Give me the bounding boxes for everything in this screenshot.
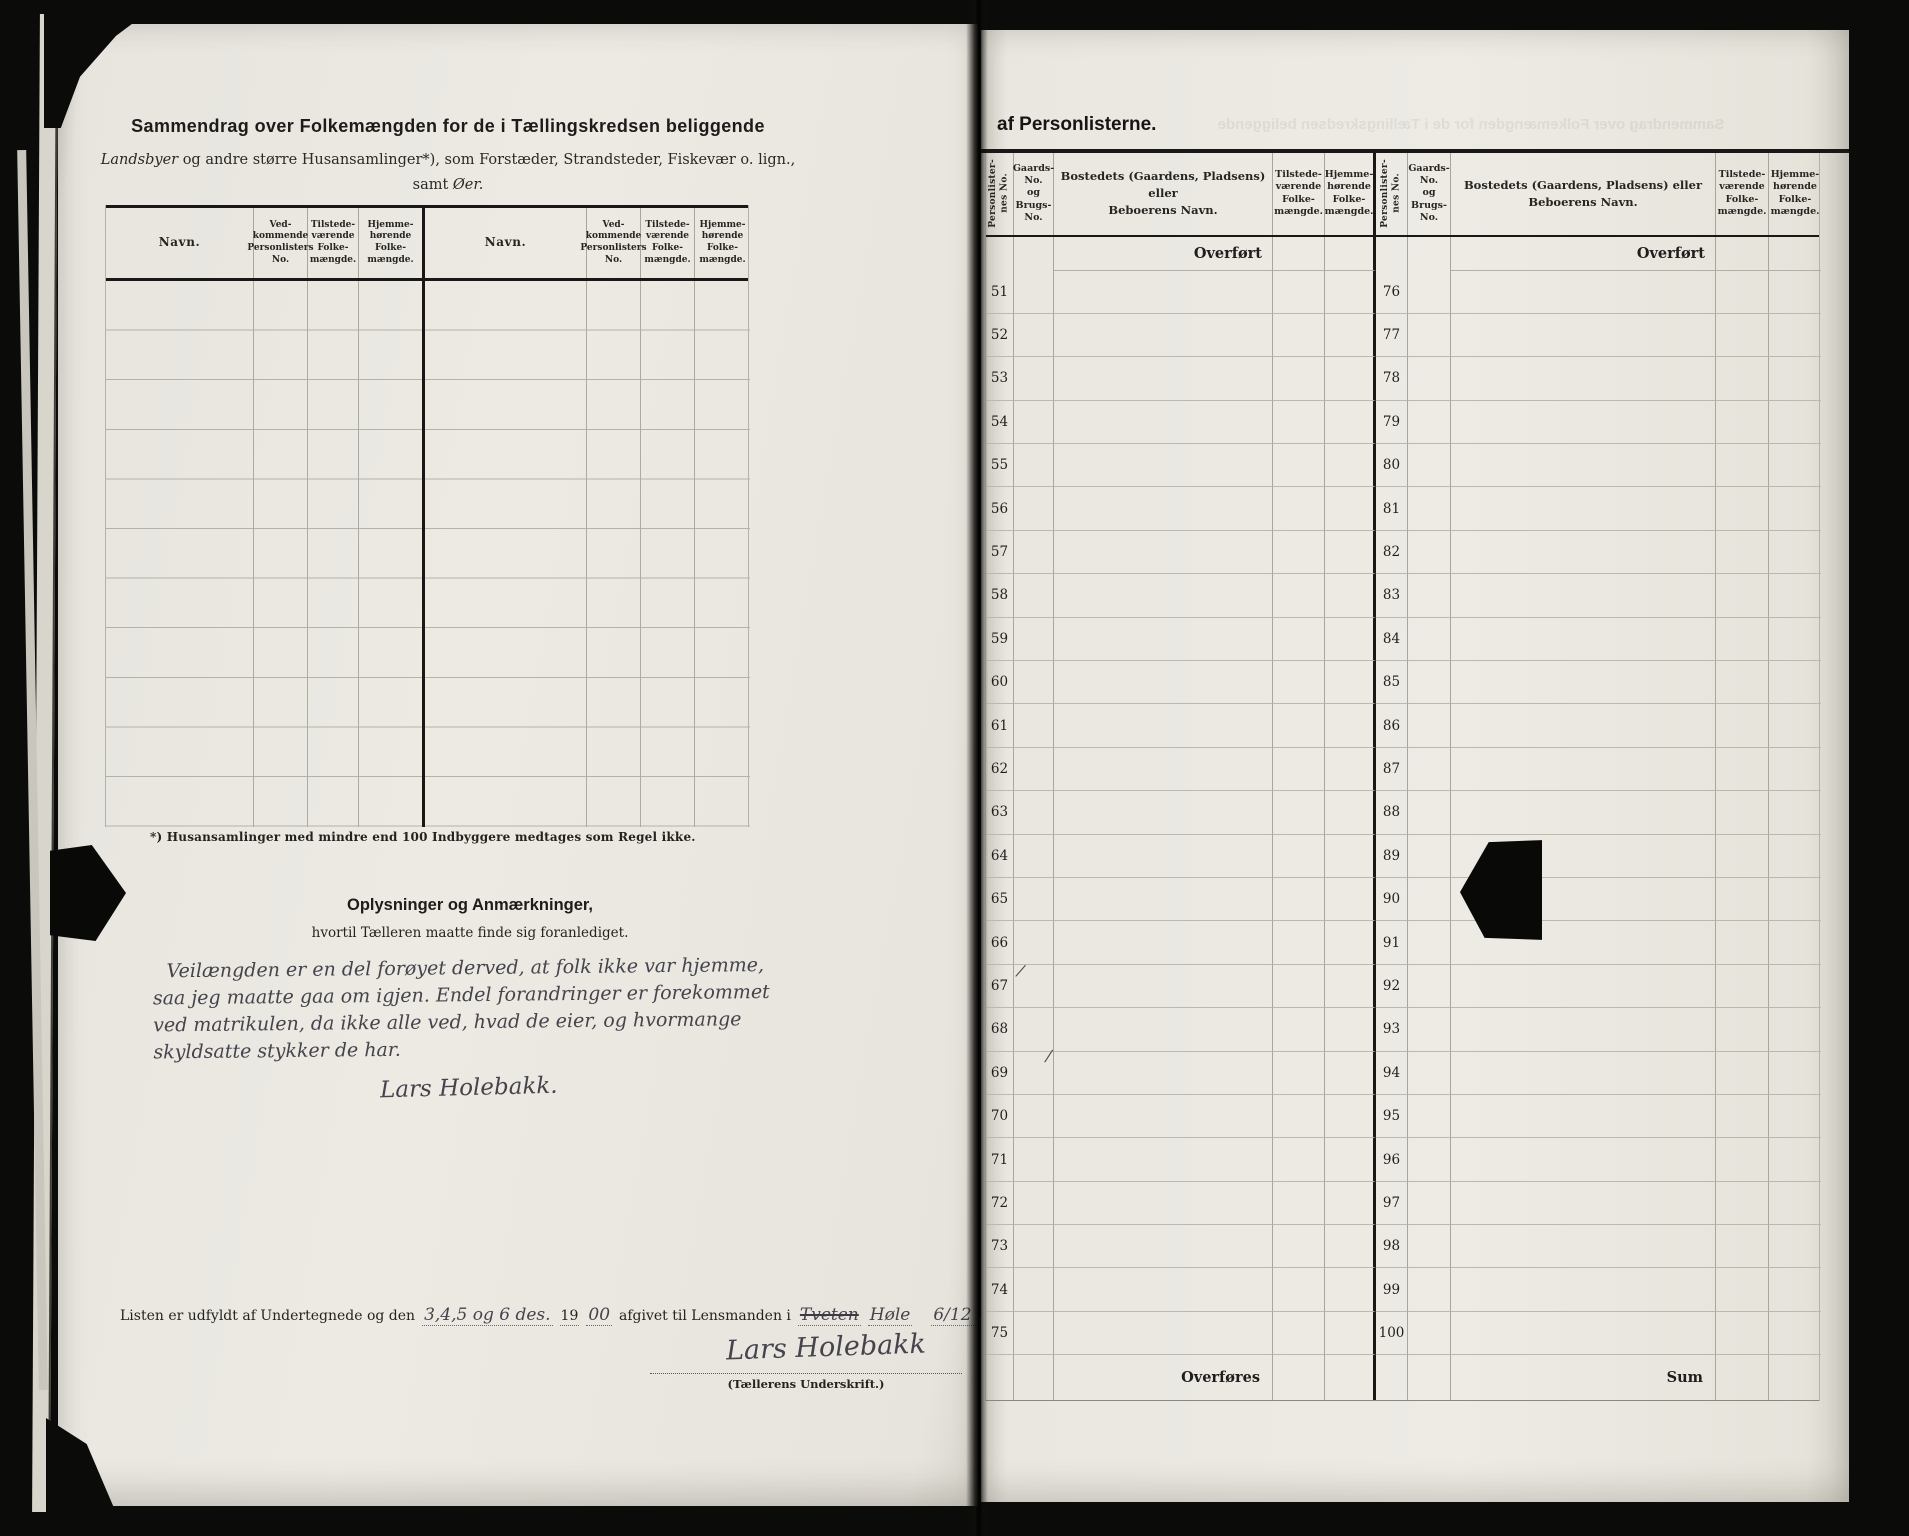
hjemme-cell xyxy=(1325,748,1376,791)
handwritten-dates: 3,4,5 og 6 des. xyxy=(422,1307,552,1326)
printed-year-prefix: 19 xyxy=(560,1308,580,1326)
gaards-no-cell xyxy=(1408,1138,1451,1181)
col-header-tilstede: Tilstede- værende Folke- mængde. xyxy=(308,208,359,278)
personlist-no-right: 90 xyxy=(1376,878,1408,921)
empty-cell xyxy=(1376,1355,1408,1400)
gaards-no-cell xyxy=(1408,1268,1451,1311)
tilstede-cell xyxy=(1273,921,1325,964)
bosted-cell xyxy=(1054,1312,1273,1355)
gaards-no-cell xyxy=(1014,1312,1054,1355)
col-header-gaards-no: Gaards- No. og Brugs- No. xyxy=(1014,153,1054,235)
tilstede-cell xyxy=(1273,574,1325,617)
hjemme-cell xyxy=(1325,878,1376,921)
col-header-hjemme: Hjemme- hørende Folke- mængde. xyxy=(359,208,425,278)
table-row: 64 89 xyxy=(986,835,1819,878)
bosted-cell xyxy=(1451,791,1716,834)
table-row: 72 97 xyxy=(986,1182,1819,1225)
tilstede-cell xyxy=(1716,1008,1769,1051)
personlist-no-left: 66 xyxy=(986,921,1014,964)
bosted-cell xyxy=(1451,271,1716,314)
overfort-label: Overført xyxy=(1451,237,1716,271)
bosted-cell xyxy=(1054,444,1273,487)
hjemme-cell xyxy=(1325,1052,1376,1095)
col-header-hjemme: Hjemme- hørende Folke- mængde. xyxy=(695,208,750,278)
tilstede-cell xyxy=(1273,618,1325,661)
empty-column xyxy=(695,281,750,827)
gaards-no-cell xyxy=(1408,921,1451,964)
table-row: 51 76 xyxy=(986,271,1819,314)
personlist-no-right: 89 xyxy=(1376,835,1408,878)
hjemme-cell xyxy=(1325,487,1376,530)
personlist-no-left: 74 xyxy=(986,1268,1014,1311)
tilstede-cell xyxy=(1273,1095,1325,1138)
bosted-cell xyxy=(1054,748,1273,791)
bosted-cell xyxy=(1451,1138,1716,1181)
bosted-cell xyxy=(1451,1095,1716,1138)
hjemme-cell xyxy=(1769,444,1821,487)
personlist-no-right: 95 xyxy=(1376,1095,1408,1138)
hjemme-cell xyxy=(1325,314,1376,357)
teller-signature: Lars Holebakk xyxy=(726,1329,927,1367)
tilstede-cell xyxy=(1273,401,1325,444)
hjemme-cell xyxy=(1325,704,1376,747)
table-row: 67 92 xyxy=(986,965,1819,1008)
gaards-no-cell xyxy=(1014,401,1054,444)
personlist-no-right: 87 xyxy=(1376,748,1408,791)
hjemme-cell xyxy=(1769,791,1821,834)
delivery-statement: Listen er udfyldt af Undertegnede og den… xyxy=(120,1307,1025,1326)
hjemme-cell xyxy=(1325,271,1376,314)
hjemme-cell xyxy=(1769,1225,1821,1268)
bosted-cell xyxy=(1451,1008,1716,1051)
tilstede-cell xyxy=(1273,1052,1325,1095)
table-row: 54 79 xyxy=(986,401,1819,444)
person-rows: 51 76 52 77 53 78 54 xyxy=(986,271,1819,1356)
gaards-no-cell xyxy=(1014,1095,1054,1138)
gaards-no-cell xyxy=(1408,1225,1451,1268)
bosted-cell xyxy=(1054,1182,1273,1225)
summary-table: Navn. Ved- kommende Personlisters No. Ti… xyxy=(105,205,749,827)
empty-column xyxy=(359,281,425,827)
tilstede-cell xyxy=(1716,401,1769,444)
personlist-no-right: 98 xyxy=(1376,1225,1408,1268)
tilstede-cell xyxy=(1716,574,1769,617)
personlist-no-left: 54 xyxy=(986,401,1014,444)
hjemme-cell xyxy=(1769,401,1821,444)
personlist-no-left: 67 xyxy=(986,965,1014,1008)
table-row: 58 83 xyxy=(986,574,1819,617)
gaards-no-cell xyxy=(1408,1182,1451,1225)
tilstede-cell xyxy=(1716,704,1769,747)
personlist-no-right: 93 xyxy=(1376,1008,1408,1051)
col-header-personlist-no: Personlister- nes No. xyxy=(986,153,1014,235)
bosted-cell xyxy=(1451,1182,1716,1225)
table-footer-row: Overføres Sum xyxy=(986,1355,1819,1401)
table-row: 55 80 xyxy=(986,444,1819,487)
gaards-no-cell xyxy=(1014,271,1054,314)
tilstede-cell xyxy=(1716,314,1769,357)
hjemme-cell xyxy=(1325,357,1376,400)
tilstede-cell xyxy=(1716,661,1769,704)
tilstede-cell xyxy=(1716,1095,1769,1138)
bosted-cell xyxy=(1054,1095,1273,1138)
tilstede-cell xyxy=(1716,1268,1769,1311)
bosted-cell xyxy=(1054,878,1273,921)
bosted-cell xyxy=(1054,1052,1273,1095)
gaards-no-cell xyxy=(1014,531,1054,574)
col-header-personlisters-no: Ved- kommende Personlisters No. xyxy=(254,208,308,278)
hjemme-cell xyxy=(1769,531,1821,574)
empty-cell xyxy=(1325,237,1376,271)
personlist-no-left: 65 xyxy=(986,878,1014,921)
empty-cell xyxy=(1014,237,1054,271)
tilstede-cell xyxy=(1716,271,1769,314)
overfores-label: Overføres xyxy=(1054,1355,1273,1400)
table-row: 70 95 xyxy=(986,1095,1819,1138)
personlist-no-left: 58 xyxy=(986,574,1014,617)
col-header-personlist-no: Personlister- nes No. xyxy=(1376,153,1408,235)
tilstede-cell xyxy=(1273,531,1325,574)
gaards-no-cell xyxy=(1014,748,1054,791)
bosted-cell xyxy=(1054,704,1273,747)
personlist-no-left: 62 xyxy=(986,748,1014,791)
gaards-no-cell xyxy=(1408,1052,1451,1095)
gaards-no-cell xyxy=(1408,704,1451,747)
gaards-no-cell xyxy=(1408,878,1451,921)
hjemme-cell xyxy=(1325,1225,1376,1268)
personlist-no-left: 71 xyxy=(986,1138,1014,1181)
tilstede-cell xyxy=(1716,487,1769,530)
bosted-cell xyxy=(1054,357,1273,400)
tilstede-cell xyxy=(1273,357,1325,400)
gaards-no-cell xyxy=(1408,401,1451,444)
summary-table-body xyxy=(106,281,748,827)
printed-text: Listen er udfyldt af Undertegnede og den xyxy=(120,1308,415,1324)
hjemme-cell xyxy=(1325,1312,1376,1355)
tilstede-cell xyxy=(1716,531,1769,574)
table-row: 74 99 xyxy=(986,1268,1819,1311)
hjemme-cell xyxy=(1325,1008,1376,1051)
right-page: Sammendrag over Folkemængden for de i Tæ… xyxy=(981,30,1849,1502)
personlist-no-right: 84 xyxy=(1376,618,1408,661)
bosted-cell xyxy=(1451,574,1716,617)
empty-cell xyxy=(1769,237,1821,271)
personlist-no-left: 53 xyxy=(986,357,1014,400)
empty-column xyxy=(254,281,308,827)
col-header-bosted: Bostedets (Gaardens, Pladsens) eller Beb… xyxy=(1054,153,1273,235)
bosted-cell xyxy=(1451,1225,1716,1268)
tilstede-cell xyxy=(1273,878,1325,921)
hjemme-cell xyxy=(1769,574,1821,617)
empty-cell xyxy=(1014,1355,1054,1400)
table-row: 69 94 xyxy=(986,1052,1819,1095)
hjemme-cell xyxy=(1769,618,1821,661)
notes-subheading: hvortil Tælleren maatte finde sig foranl… xyxy=(170,925,770,941)
col-header-gaards-no: Gaards- No. og Brugs- No. xyxy=(1408,153,1451,235)
hjemme-cell xyxy=(1325,661,1376,704)
gaards-no-cell xyxy=(1408,661,1451,704)
empty-cell xyxy=(1273,1355,1325,1400)
personlist-no-left: 56 xyxy=(986,487,1014,530)
personlist-no-right: 88 xyxy=(1376,791,1408,834)
gaards-no-cell xyxy=(1014,1225,1054,1268)
hjemme-cell xyxy=(1325,921,1376,964)
hjemme-cell xyxy=(1769,1052,1821,1095)
gaards-no-cell xyxy=(1408,748,1451,791)
bosted-cell xyxy=(1451,748,1716,791)
hjemme-cell xyxy=(1769,271,1821,314)
scanned-census-spread: Sammendrag over Folkemængden for de i Tæ… xyxy=(0,0,1909,1536)
personlist-no-right: 85 xyxy=(1376,661,1408,704)
bosted-cell xyxy=(1054,271,1273,314)
hjemme-cell xyxy=(1769,1182,1821,1225)
struck-out-place: Tveten xyxy=(798,1307,861,1326)
bosted-cell xyxy=(1451,357,1716,400)
empty-cell xyxy=(1376,237,1408,271)
personlist-no-right: 91 xyxy=(1376,921,1408,964)
printed-text: afgivet til Lensmanden i xyxy=(619,1308,791,1324)
empty-cell xyxy=(1716,237,1769,271)
empty-cell xyxy=(1408,1355,1451,1400)
personlist-no-right: 82 xyxy=(1376,531,1408,574)
gaards-no-cell xyxy=(1014,1138,1054,1181)
table-row: 56 81 xyxy=(986,487,1819,530)
col-header-tilstede: Tilstede- værende Folke- mængde. xyxy=(1273,153,1325,235)
gaards-no-cell xyxy=(1408,357,1451,400)
tilstede-cell xyxy=(1716,357,1769,400)
table-row: 73 98 xyxy=(986,1225,1819,1268)
tilstede-cell xyxy=(1716,1225,1769,1268)
tilstede-cell xyxy=(1716,878,1769,921)
tilstede-cell xyxy=(1273,1312,1325,1355)
hjemme-cell xyxy=(1325,835,1376,878)
footnote: *) Husansamlinger med mindre end 100 Ind… xyxy=(150,830,696,844)
bosted-cell xyxy=(1451,444,1716,487)
gaards-no-cell xyxy=(1408,1008,1451,1051)
gaards-no-cell xyxy=(1014,1182,1054,1225)
personlist-no-right: 83 xyxy=(1376,574,1408,617)
tilstede-cell xyxy=(1716,965,1769,1008)
personlist-no-left: 73 xyxy=(986,1225,1014,1268)
bosted-cell xyxy=(1451,314,1716,357)
personlist-no-left: 69 xyxy=(986,1052,1014,1095)
page-title: Sammendrag over Folkemængden for de i Tæ… xyxy=(98,116,798,137)
table-row: 65 90 xyxy=(986,878,1819,921)
tilstede-cell xyxy=(1716,1052,1769,1095)
hjemme-cell xyxy=(1769,1138,1821,1181)
hjemme-cell xyxy=(1325,574,1376,617)
personlist-no-left: 57 xyxy=(986,531,1014,574)
signature-caption: (Tællerens Underskrift.) xyxy=(654,1377,958,1391)
gaards-no-cell xyxy=(1014,314,1054,357)
hjemme-cell xyxy=(1325,1182,1376,1225)
tilstede-cell xyxy=(1273,487,1325,530)
table-row: 75 100 xyxy=(986,1312,1819,1355)
bosted-cell xyxy=(1451,661,1716,704)
tilstede-cell xyxy=(1716,791,1769,834)
gaards-no-cell xyxy=(1014,618,1054,661)
page-subtitle: Landsbyer og andre større Husansamlinger… xyxy=(98,152,798,168)
overfort-label: Overført xyxy=(1054,237,1273,271)
bosted-cell xyxy=(1054,618,1273,661)
hjemme-cell xyxy=(1325,1268,1376,1311)
col-header-personlisters-no: Ved- kommende Personlisters No. xyxy=(587,208,641,278)
tilstede-cell xyxy=(1273,271,1325,314)
bosted-cell xyxy=(1054,835,1273,878)
hjemme-cell xyxy=(1325,791,1376,834)
gaards-no-cell xyxy=(1014,835,1054,878)
tilstede-cell xyxy=(1716,835,1769,878)
table-row: 62 87 xyxy=(986,748,1819,791)
personlist-no-right: 96 xyxy=(1376,1138,1408,1181)
continuation-header: af Personlisterne. xyxy=(997,114,1156,136)
col-header-bosted: Bostedets (Gaardens, Pladsens) eller Beb… xyxy=(1451,153,1716,235)
hjemme-cell xyxy=(1769,704,1821,747)
left-page: Sammendrag over Folkemængden for de i Tæ… xyxy=(58,24,978,1506)
gaards-no-cell xyxy=(1014,1268,1054,1311)
personlist-no-right: 81 xyxy=(1376,487,1408,530)
overfort-row: Overført Overført xyxy=(986,237,1819,271)
table-row: 61 86 xyxy=(986,704,1819,747)
empty-cell xyxy=(986,237,1014,271)
gaards-no-cell xyxy=(1408,965,1451,1008)
tilstede-cell xyxy=(1273,1182,1325,1225)
col-header-tilstede: Tilstede- værende Folke- mængde. xyxy=(641,208,695,278)
personlist-no-right: 94 xyxy=(1376,1052,1408,1095)
gaards-no-cell xyxy=(1408,835,1451,878)
hjemme-cell xyxy=(1769,661,1821,704)
tilstede-cell xyxy=(1273,835,1325,878)
handwritten-year-suffix: 00 xyxy=(586,1307,612,1326)
bosted-cell xyxy=(1054,791,1273,834)
empty-cell xyxy=(1769,1355,1821,1400)
hjemme-cell xyxy=(1769,357,1821,400)
gaards-no-cell xyxy=(1408,314,1451,357)
hjemme-cell xyxy=(1325,965,1376,1008)
hjemme-cell xyxy=(1769,487,1821,530)
hjemme-cell xyxy=(1325,618,1376,661)
tilstede-cell xyxy=(1273,1268,1325,1311)
personlist-no-right: 86 xyxy=(1376,704,1408,747)
personlist-no-right: 97 xyxy=(1376,1182,1408,1225)
table-row: 60 85 xyxy=(986,661,1819,704)
hjemme-cell xyxy=(1769,314,1821,357)
personlist-no-left: 72 xyxy=(986,1182,1014,1225)
tilstede-cell xyxy=(1716,748,1769,791)
bosted-cell xyxy=(1054,965,1273,1008)
bosted-cell xyxy=(1054,574,1273,617)
col-header-hjemme: Hjemme- hørende Folke- mængde. xyxy=(1325,153,1376,235)
hjemme-cell xyxy=(1769,921,1821,964)
bosted-cell xyxy=(1054,1008,1273,1051)
tilstede-cell xyxy=(1273,661,1325,704)
tilstede-cell xyxy=(1716,1312,1769,1355)
tilstede-cell xyxy=(1716,921,1769,964)
page-subtitle-line2: samt Øer. xyxy=(98,177,798,193)
bosted-cell xyxy=(1054,487,1273,530)
table-row: 71 96 xyxy=(986,1138,1819,1181)
empty-cell xyxy=(1408,237,1451,271)
personlist-no-right: 100 xyxy=(1376,1312,1408,1355)
bosted-cell xyxy=(1451,531,1716,574)
personlist-no-left: 68 xyxy=(986,1008,1014,1051)
hjemme-cell xyxy=(1769,1312,1821,1355)
col-header-hjemme: Hjemme- hørende Folke- mængde. xyxy=(1769,153,1821,235)
notes-heading: Oplysninger og Anmærkninger, xyxy=(170,896,770,915)
hjemme-cell xyxy=(1769,1268,1821,1311)
col-header-navn: Navn. xyxy=(425,208,587,278)
bosted-cell xyxy=(1054,401,1273,444)
col-header-tilstede: Tilstede- værende Folke- mængde. xyxy=(1716,153,1769,235)
personlist-no-right: 79 xyxy=(1376,401,1408,444)
bosted-cell xyxy=(1054,661,1273,704)
ink-bleed-ghost: Sammendrag over Folkemængden for de i Tæ… xyxy=(1151,116,1791,133)
hjemme-cell xyxy=(1769,748,1821,791)
empty-column xyxy=(106,281,254,827)
notes-signature: Lars Holebakk. xyxy=(380,1073,558,1104)
hjemme-cell xyxy=(1325,1138,1376,1181)
gaards-no-cell xyxy=(1014,357,1054,400)
gaards-no-cell xyxy=(1408,791,1451,834)
personlist-no-left: 51 xyxy=(986,271,1014,314)
personlist-no-left: 60 xyxy=(986,661,1014,704)
tilstede-cell xyxy=(1273,1225,1325,1268)
personlist-no-right: 78 xyxy=(1376,357,1408,400)
gaards-no-cell xyxy=(1408,1095,1451,1138)
empty-cell xyxy=(1325,1355,1376,1400)
tilstede-cell xyxy=(1273,748,1325,791)
personlist-table-header: Personlister- nes No. Gaards- No. og Bru… xyxy=(986,153,1819,237)
tilstede-cell xyxy=(1273,1138,1325,1181)
gaards-no-cell xyxy=(1014,574,1054,617)
table-row: 59 84 xyxy=(986,618,1819,661)
empty-column xyxy=(425,281,587,827)
tilstede-cell xyxy=(1273,314,1325,357)
summary-table-header: Navn. Ved- kommende Personlisters No. Ti… xyxy=(106,205,748,281)
personlist-no-left: 59 xyxy=(986,618,1014,661)
personlist-no-left: 61 xyxy=(986,704,1014,747)
empty-column xyxy=(587,281,641,827)
gaards-no-cell xyxy=(1014,487,1054,530)
sum-label: Sum xyxy=(1451,1355,1716,1400)
table-row: 52 77 xyxy=(986,314,1819,357)
hjemme-cell xyxy=(1769,1008,1821,1051)
signature-line xyxy=(650,1373,962,1374)
personlist-no-right: 76 xyxy=(1376,271,1408,314)
bosted-cell xyxy=(1054,921,1273,964)
hjemme-cell xyxy=(1325,531,1376,574)
tilstede-cell xyxy=(1273,791,1325,834)
gaards-no-cell xyxy=(1408,271,1451,314)
gaards-no-cell xyxy=(1014,921,1054,964)
hjemme-cell xyxy=(1325,1095,1376,1138)
table-row: 66 91 xyxy=(986,921,1819,964)
gaards-no-cell xyxy=(1014,444,1054,487)
bosted-cell xyxy=(1451,1312,1716,1355)
gaards-no-cell xyxy=(1014,791,1054,834)
gaards-no-cell xyxy=(1408,444,1451,487)
personlist-no-left: 63 xyxy=(986,791,1014,834)
bosted-cell xyxy=(1451,487,1716,530)
col-header-navn: Navn. xyxy=(106,208,254,278)
tilstede-cell xyxy=(1273,444,1325,487)
tilstede-cell xyxy=(1716,1138,1769,1181)
hjemme-cell xyxy=(1325,401,1376,444)
handwritten-place: Høle xyxy=(868,1307,913,1326)
tilstede-cell xyxy=(1273,704,1325,747)
bosted-cell xyxy=(1451,1268,1716,1311)
bosted-cell xyxy=(1054,1225,1273,1268)
